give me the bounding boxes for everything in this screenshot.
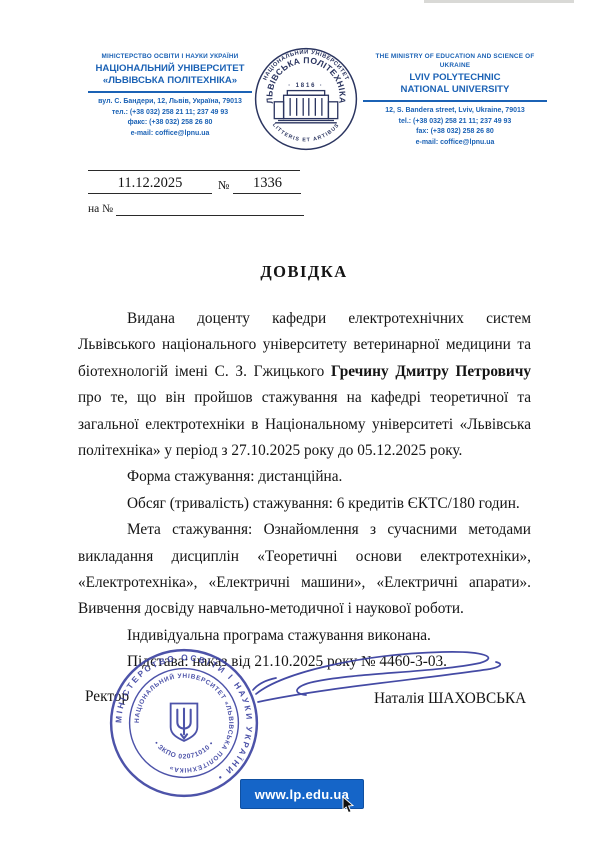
paragraph-purpose: Мета стажування: Ознайомлення з сучасним… xyxy=(78,517,531,623)
ministry-line-en: THE MINISTRY OF EDUCATION AND SCIENCE OF… xyxy=(361,52,549,70)
handwritten-signature xyxy=(238,642,513,717)
svg-text:LITTERIS ET ARTIBUS: LITTERIS ET ARTIBUS xyxy=(271,122,341,143)
reply-to-blank-line xyxy=(116,201,304,216)
paragraph-issued-post: про те, що він пройшов стажування на каф… xyxy=(78,389,531,459)
email-en: e-mail: coffice@lpnu.ua xyxy=(361,138,549,149)
scan-artifact xyxy=(424,0,574,3)
address-uk: вул. С. Бандери, 12, Львів, Україна, 790… xyxy=(86,97,254,108)
paragraph-issued-to: Видана доценту кафедри електротехнічних … xyxy=(78,306,531,464)
reply-to-label: на № xyxy=(88,203,113,216)
university-name-uk-2: «ЛЬВІВСЬКА ПОЛІТЕХНІКА» xyxy=(86,75,254,87)
number-label: № xyxy=(218,178,229,194)
seal-building-icon xyxy=(274,91,337,123)
university-name-en-2: NATIONAL UNIVERSITY xyxy=(361,84,549,96)
letterhead-ukrainian: МІНІСТЕРСТВО ОСВІТИ І НАУКИ УКРАЇНИ НАЦІ… xyxy=(86,52,254,139)
document-page: МІНІСТЕРСТВО ОСВІТИ І НАУКИ УКРАЇНИ НАЦІ… xyxy=(0,0,604,850)
reference-top-rule xyxy=(88,170,300,171)
phone-en: tel.: (+38 032) 258 21 11; 237 49 93 xyxy=(361,117,549,128)
letterhead-english: THE MINISTRY OF EDUCATION AND SCIENCE OF… xyxy=(361,52,549,148)
ministry-line-uk: МІНІСТЕРСТВО ОСВІТИ І НАУКИ УКРАЇНИ xyxy=(86,52,254,61)
document-title: ДОВІДКА xyxy=(78,262,530,282)
fax-uk: факс: (+38 032) 258 26 80 xyxy=(86,118,254,129)
paragraph-form: Форма стажування: дистанційна. xyxy=(78,464,531,490)
document-number: 1336 xyxy=(233,175,301,194)
university-seal-icon: НАЦІОНАЛЬНИЙ УНІВЕРСИТЕТ ЛЬВІВСЬКА ПОЛІТ… xyxy=(250,38,362,160)
seal-motto: LITTERIS ET ARTIBUS xyxy=(271,122,341,143)
document-body: Видана доценту кафедри електротехнічних … xyxy=(78,306,531,676)
university-name-uk-1: НАЦІОНАЛЬНИЙ УНІВЕРСИТЕТ xyxy=(86,63,254,75)
reference-block: 11.12.2025 № 1336 на № xyxy=(88,170,304,216)
address-en: 12, S. Bandera street, Lviv, Ukraine, 79… xyxy=(361,106,549,117)
trident-emblem-icon xyxy=(171,703,198,740)
header-rule-left xyxy=(88,91,252,93)
phone-uk: тел.: (+38 032) 258 21 11; 237 49 93 xyxy=(86,108,254,119)
website-url: www.lp.edu.ua xyxy=(255,787,349,802)
seal-year: · 1816 · xyxy=(288,83,324,89)
stamp-code-text: • ЗКПО 02071010 • xyxy=(152,740,215,760)
website-button[interactable]: www.lp.edu.ua xyxy=(240,779,364,809)
paragraph-volume: Обсяг (тривалість) стажування: 6 кредиті… xyxy=(78,491,531,517)
university-name-en-1: LVIV POLYTECHNIC xyxy=(361,72,549,84)
svg-text:• ЗКПО 02071010 •: • ЗКПО 02071010 • xyxy=(152,740,215,760)
fax-en: fax: (+38 032) 258 26 80 xyxy=(361,127,549,138)
email-uk: e-mail: coffice@lpnu.ua xyxy=(86,129,254,140)
recipient-name: Гречину Дмитру Петровичу xyxy=(331,363,531,380)
mouse-cursor-icon xyxy=(342,796,356,813)
document-date: 11.12.2025 xyxy=(88,175,212,194)
header-rule-right xyxy=(363,100,547,102)
